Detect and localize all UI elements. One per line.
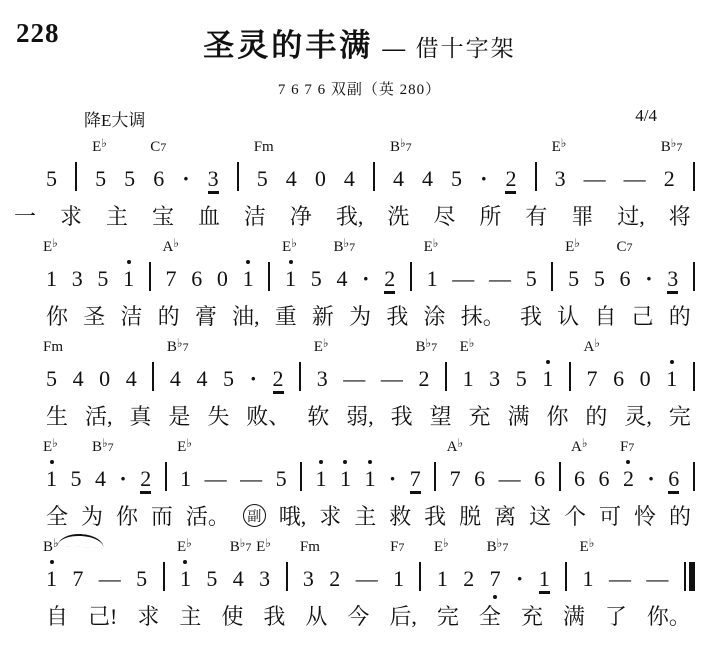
note-glyph: 7 [586, 366, 597, 391]
lyric-syllable: 全 [479, 600, 501, 631]
note-glyph: 3 [317, 366, 328, 391]
note-glyph: 4 [170, 366, 181, 391]
note: B♭77 [490, 557, 501, 591]
note-glyph: 6 [613, 366, 624, 391]
music-line: 5E♭55C76·3Fm5404B♭7445·2E♭3——B♭72 [46, 135, 695, 191]
barline [149, 262, 151, 291]
octave-dot-high [183, 560, 187, 564]
lyrics-line: 生活,真是失败、软弱,我望充满你的灵,完 [46, 400, 691, 431]
final-barline-thin [684, 562, 686, 591]
dash-note: — [452, 257, 474, 291]
lyric-syllable: 满 [563, 600, 585, 631]
note: 2 [463, 557, 474, 591]
note: 1 [666, 357, 677, 391]
title-row: 圣灵的丰满— 借十字架 [0, 0, 719, 65]
chord-label: E♭ [282, 236, 297, 255]
note-glyph: — [609, 566, 631, 591]
chord-label: B♭ [43, 536, 59, 555]
chord-label: B♭7 [390, 136, 412, 155]
lyric-syllable: 我 [424, 500, 446, 531]
chord-label: B♭7 [415, 336, 437, 355]
hymn-number: 228 [16, 18, 60, 49]
key-signature: 降E大调 [84, 106, 145, 131]
note-glyph: 4 [344, 166, 355, 191]
dash-note: — [489, 257, 511, 291]
octave-dot-high [343, 460, 347, 464]
chord-label: E♭ [43, 436, 58, 455]
note: 1 [243, 257, 254, 291]
lyric-syllable: 所 [479, 200, 501, 231]
lyric-syllable: 主 [179, 600, 201, 631]
octave-dot-high [246, 260, 250, 264]
chord-label: A♭ [583, 336, 600, 355]
note-glyph: — [356, 566, 378, 591]
barline [410, 262, 412, 291]
note: E♭5 [568, 257, 579, 291]
lyric-syllable: 洁 [244, 200, 266, 231]
note-glyph: 6 [620, 266, 631, 291]
note-glyph: 7 [410, 466, 421, 491]
chord-label: B♭7 [230, 536, 252, 555]
tie-arc [58, 533, 105, 548]
note-glyph: 0 [640, 366, 651, 391]
note-glyph: 7 [166, 266, 177, 291]
barline [165, 462, 167, 491]
note-glyph: 3 [259, 566, 270, 591]
music-line: E♭1351A♭7601E♭15B♭74·2E♭1——5E♭55C76·3 [46, 235, 695, 291]
note: B♭74 [336, 257, 347, 291]
chord-label: B♭7 [661, 136, 683, 155]
note: 5 [46, 157, 57, 191]
note-glyph: 0 [217, 266, 228, 291]
lyric-syllable: 的 [669, 300, 691, 331]
octave-dot-high [670, 360, 674, 364]
chord-label: A♭ [571, 436, 588, 455]
octave-dot-high [127, 260, 131, 264]
octave-dot-high [546, 360, 550, 364]
note: 5 [451, 157, 462, 191]
dash-note: — [646, 557, 668, 591]
lyric-syllable: 全 [46, 500, 68, 531]
note-glyph: 5 [95, 166, 106, 191]
lyric-syllable: 的 [669, 500, 691, 531]
lyric-syllable: 败、 [246, 400, 290, 431]
note-glyph: 4 [336, 266, 347, 291]
note: 6 [668, 457, 679, 491]
chord-label: B♭7 [167, 336, 189, 355]
barline [434, 462, 436, 491]
lyric-syllable: 己! [88, 600, 117, 631]
note-glyph: 5 [568, 266, 579, 291]
note-glyph: · [182, 166, 189, 191]
dash-note: — [584, 157, 606, 191]
octave-dot-low [493, 595, 497, 599]
chord-label: Fm [43, 340, 63, 355]
lyric-syllable: 求 [319, 500, 341, 531]
barline [268, 262, 270, 291]
note-glyph: 6 [534, 466, 545, 491]
note-glyph: 5 [276, 466, 287, 491]
lyric-syllable: 从 [305, 600, 327, 631]
note: 6 [191, 257, 202, 291]
augmentation-dot: · [182, 157, 189, 191]
chord-label: B♭7 [487, 536, 509, 555]
lyric-syllable: 个 [564, 500, 586, 531]
note-glyph: 3 [72, 266, 83, 291]
barline [551, 262, 553, 291]
note-glyph: 5 [257, 166, 268, 191]
note: 5 [276, 457, 287, 491]
note: 2 [140, 457, 151, 491]
note-glyph: 1 [393, 566, 404, 591]
augmentation-dot: · [516, 557, 523, 591]
lyric-syllable: 怜 [634, 500, 656, 531]
note: B♭72 [418, 357, 429, 391]
note: 0 [217, 257, 228, 291]
note-glyph: · [119, 466, 126, 491]
chord-label: E♭ [314, 336, 329, 355]
note-glyph: 4 [286, 166, 297, 191]
lyric-syllable: 有 [525, 200, 547, 231]
note-glyph: 1 [46, 266, 57, 291]
note: A♭7 [166, 257, 177, 291]
note-glyph: — [646, 566, 668, 591]
note-glyph: · [647, 466, 654, 491]
note: 6 [598, 457, 609, 491]
score: 5E♭55C76·3Fm5404B♭7445·2E♭3——B♭72一求主宝血洁净… [0, 135, 719, 631]
note-glyph: 5 [451, 166, 462, 191]
note-glyph: 5 [206, 566, 217, 591]
note: 5 [516, 357, 527, 391]
lyric-syllable: 活, [85, 400, 113, 431]
lyric-syllable: 圣 [83, 300, 105, 331]
note: 5 [223, 357, 234, 391]
octave-dot-high [319, 460, 323, 464]
lyric-syllable: 而 [151, 500, 173, 531]
note: 7 [410, 457, 421, 491]
octave-dot-high [50, 460, 54, 464]
note-glyph: 4 [95, 466, 106, 491]
note-glyph: 4 [196, 366, 207, 391]
note: E♭1 [46, 257, 57, 291]
chord-label: E♭ [434, 536, 449, 555]
note: A♭7 [586, 357, 597, 391]
dash-note: — [624, 157, 646, 191]
chord-label: Fm [300, 540, 320, 555]
note-glyph: 2 [623, 466, 634, 491]
note: 0 [315, 157, 326, 191]
augmentation-dot: · [250, 357, 257, 391]
lyric-syllable: 这 [529, 500, 551, 531]
lyric-syllable: 后, [389, 600, 417, 631]
note-glyph: 5 [311, 266, 322, 291]
lyric-syllable: 抹。 [461, 300, 505, 331]
note-glyph: 1 [427, 266, 438, 291]
barline [693, 462, 695, 491]
note-glyph: 5 [46, 166, 57, 191]
note-glyph: 1 [180, 566, 191, 591]
note-glyph: 1 [180, 466, 191, 491]
note-glyph: 5 [70, 466, 81, 491]
note: 0 [640, 357, 651, 391]
note-glyph: · [250, 366, 257, 391]
note: 4 [422, 157, 433, 191]
note: E♭5 [95, 157, 106, 191]
final-barline-thick [689, 562, 695, 591]
lyric-syllable: 望 [430, 400, 452, 431]
note: E♭1 [46, 457, 57, 491]
lyric-syllable: 为 [349, 300, 371, 331]
note-glyph: 1 [340, 466, 351, 491]
note-glyph: 3 [303, 566, 314, 591]
chord-label: B♭7 [333, 236, 355, 255]
note-glyph: 2 [384, 266, 395, 291]
lyric-syllable: 软 [307, 400, 329, 431]
augmentation-dot: · [362, 257, 369, 291]
chord-label: Fm [254, 140, 274, 155]
time-signature: 4/4 [635, 106, 657, 131]
chord-label: E♭ [177, 536, 192, 555]
note: 2 [384, 257, 395, 291]
note-glyph: — [240, 466, 262, 491]
note-glyph: — [452, 266, 474, 291]
note: B♭1 [46, 557, 57, 591]
lyric-syllable: 灵, [624, 400, 652, 431]
chord-label: E♭ [256, 536, 271, 555]
note-glyph: 5 [136, 566, 147, 591]
barline [419, 562, 421, 591]
octave-dot-high [289, 260, 293, 264]
chord-label: E♭ [177, 436, 192, 455]
lyric-syllable: 活。 [186, 500, 230, 531]
note-glyph: — [584, 166, 606, 191]
barline [693, 362, 695, 391]
note: 7 [72, 557, 83, 591]
note-glyph: 7 [490, 566, 501, 591]
lyric-syllable: 宝 [152, 200, 174, 231]
note-glyph: 5 [594, 266, 605, 291]
note: 4 [126, 357, 137, 391]
barline [559, 462, 561, 491]
lyrics-line: 一求主宝血洁净我,洗尽所有罪过,将 [14, 200, 691, 231]
note-glyph: — [624, 166, 646, 191]
note-glyph: 1 [316, 466, 327, 491]
lyric-syllable: 完 [669, 400, 691, 431]
note: 0 [99, 357, 110, 391]
dash-note: — [356, 557, 378, 591]
note: 2 [329, 557, 340, 591]
lyric-syllable: 洗 [387, 200, 409, 231]
note-glyph: 5 [97, 266, 108, 291]
chord-label: E♭ [580, 536, 595, 555]
lyric-syllable: 我 [263, 600, 285, 631]
note-glyph: — [381, 366, 403, 391]
lyric-syllable: 你 [546, 400, 568, 431]
note-glyph: 6 [598, 466, 609, 491]
lyric-syllable: 主 [106, 200, 128, 231]
barline [237, 162, 239, 191]
lyrics-line: 你圣洁的膏油,重新为我涂抹。我认自己的 [46, 300, 691, 331]
note-glyph: · [480, 166, 487, 191]
note: E♭3 [317, 357, 328, 391]
note-glyph: 3 [208, 166, 219, 191]
chord-label: E♭ [92, 136, 107, 155]
lyric-syllable: 罪 [571, 200, 593, 231]
note-glyph: 2 [329, 566, 340, 591]
barline [445, 362, 447, 391]
augmentation-dot: · [645, 257, 652, 291]
note: B♭72 [664, 157, 675, 191]
note-glyph: 2 [463, 566, 474, 591]
lyric-syllable: 求 [137, 600, 159, 631]
note: 5 [526, 257, 537, 291]
note: 1 [539, 557, 550, 591]
note: B♭74 [393, 157, 404, 191]
lyric-syllable: 的 [585, 400, 607, 431]
note: Fm5 [46, 357, 57, 391]
note-glyph: — [343, 366, 365, 391]
lyric-syllable: 己 [632, 300, 654, 331]
lyric-syllable: 你 [46, 300, 68, 331]
note-glyph: — [205, 466, 227, 491]
final-barline [684, 562, 695, 591]
note-glyph: 1 [542, 366, 553, 391]
note-glyph: · [516, 566, 523, 591]
augmentation-dot: · [389, 457, 396, 491]
note: E♭1 [437, 557, 448, 591]
chord-label: F7 [390, 540, 404, 555]
lyric-syllable: 我 [386, 300, 408, 331]
lyric-syllable: 涂 [424, 300, 446, 331]
lyric-syllable: 是 [168, 400, 190, 431]
note-glyph: 1 [539, 566, 550, 591]
lyric-syllable: 我 [520, 300, 542, 331]
dash-note: — [499, 457, 521, 491]
note-glyph: 2 [664, 166, 675, 191]
note-glyph: — [99, 566, 121, 591]
note-glyph: 7 [72, 566, 83, 591]
note-glyph: 3 [489, 366, 500, 391]
lyric-syllable: 充 [469, 400, 491, 431]
note-glyph: 6 [668, 466, 679, 491]
note-glyph: 5 [124, 166, 135, 191]
lyric-syllable: 离 [494, 500, 516, 531]
note: 6 [613, 357, 624, 391]
lyric-syllable: 满 [507, 400, 529, 431]
note-glyph: 7 [450, 466, 461, 491]
lyric-syllable: 哦, [279, 500, 307, 531]
lyric-syllable: 充 [521, 600, 543, 631]
lyric-syllable: 血 [198, 200, 220, 231]
barline [300, 462, 302, 491]
note-glyph: 1 [123, 266, 134, 291]
note: 3 [72, 257, 83, 291]
note-glyph: 1 [437, 566, 448, 591]
note: 2 [505, 157, 516, 191]
note: F72 [623, 457, 634, 491]
lyric-syllable: 尽 [433, 200, 455, 231]
note: E♭1 [463, 357, 474, 391]
lyric-syllable: 你 [116, 500, 138, 531]
music-line: Fm5404B♭7445·2E♭3——B♭72E♭1351A♭7601 [46, 335, 695, 391]
note-glyph: 5 [526, 266, 537, 291]
barline [693, 162, 695, 191]
note: 6 [534, 457, 545, 491]
note: 3 [489, 357, 500, 391]
chord-label: C7 [150, 140, 166, 155]
lyric-syllable: 了 [605, 600, 627, 631]
lyric-syllable: 主 [354, 500, 376, 531]
barline [163, 562, 165, 591]
note-glyph: 1 [46, 466, 57, 491]
hymn-title-suffix: — 借十字架 [382, 35, 515, 61]
lyric-syllable: 生 [46, 400, 68, 431]
meter-info: 7 6 7 6 双副（英 280） [0, 78, 719, 99]
note: B♭74 [95, 457, 106, 491]
lyric-syllable: 弱, [346, 400, 374, 431]
music-line: B♭17—5E♭15B♭74E♭3Fm32—F71E♭12B♭77·1E♭1—— [46, 535, 695, 591]
note-glyph: 5 [46, 366, 57, 391]
note-glyph: 4 [233, 566, 244, 591]
lyric-syllable: 过, [617, 200, 645, 231]
lyric-syllable: 净 [290, 200, 312, 231]
note-glyph: 2 [418, 366, 429, 391]
barline [565, 562, 567, 591]
note: 5 [70, 457, 81, 491]
note: 5 [594, 257, 605, 291]
note: 3 [208, 157, 219, 191]
note: E♭3 [259, 557, 270, 591]
chord-label: B♭7 [92, 436, 114, 455]
hymn-sheet-page: 228 圣灵的丰满— 借十字架 7 6 7 6 双副（英 280） 降E大调 4… [0, 0, 719, 652]
note-glyph: 6 [153, 166, 164, 191]
note-glyph: 4 [393, 166, 404, 191]
note: A♭6 [574, 457, 585, 491]
note: A♭7 [450, 457, 461, 491]
chord-label: E♭ [424, 236, 439, 255]
lyric-syllable: 求 [60, 200, 82, 231]
barline [535, 162, 537, 191]
lyric-syllable: 将 [669, 200, 691, 231]
note-glyph: 4 [73, 366, 84, 391]
note-glyph: 1 [364, 466, 375, 491]
dash-note: — [240, 457, 262, 491]
lyric-syllable: 救 [389, 500, 411, 531]
chord-label: C7 [617, 240, 633, 255]
note-glyph: 1 [243, 266, 254, 291]
barline [569, 362, 571, 391]
note: Fm5 [257, 157, 268, 191]
octave-dot-high [50, 560, 54, 564]
lyric-syllable: 为 [81, 500, 103, 531]
lyric-syllable: 我, [336, 200, 364, 231]
dash-note: — [609, 557, 631, 591]
octave-dot-high [626, 460, 630, 464]
barline [286, 562, 288, 591]
note: C76 [620, 257, 631, 291]
note: E♭1 [180, 457, 191, 491]
note: 5 [97, 257, 108, 291]
note-glyph: 2 [273, 366, 284, 391]
music-line: E♭15B♭74·2E♭1——5111·7A♭76—6A♭66F72·6 [46, 435, 695, 491]
lyric-syllable: 今 [347, 600, 369, 631]
note: 5 [206, 557, 217, 591]
note-glyph: 6 [191, 266, 202, 291]
barline [152, 362, 154, 391]
lyric-syllable: 完 [437, 600, 459, 631]
note: B♭74 [233, 557, 244, 591]
augmentation-dot: · [480, 157, 487, 191]
